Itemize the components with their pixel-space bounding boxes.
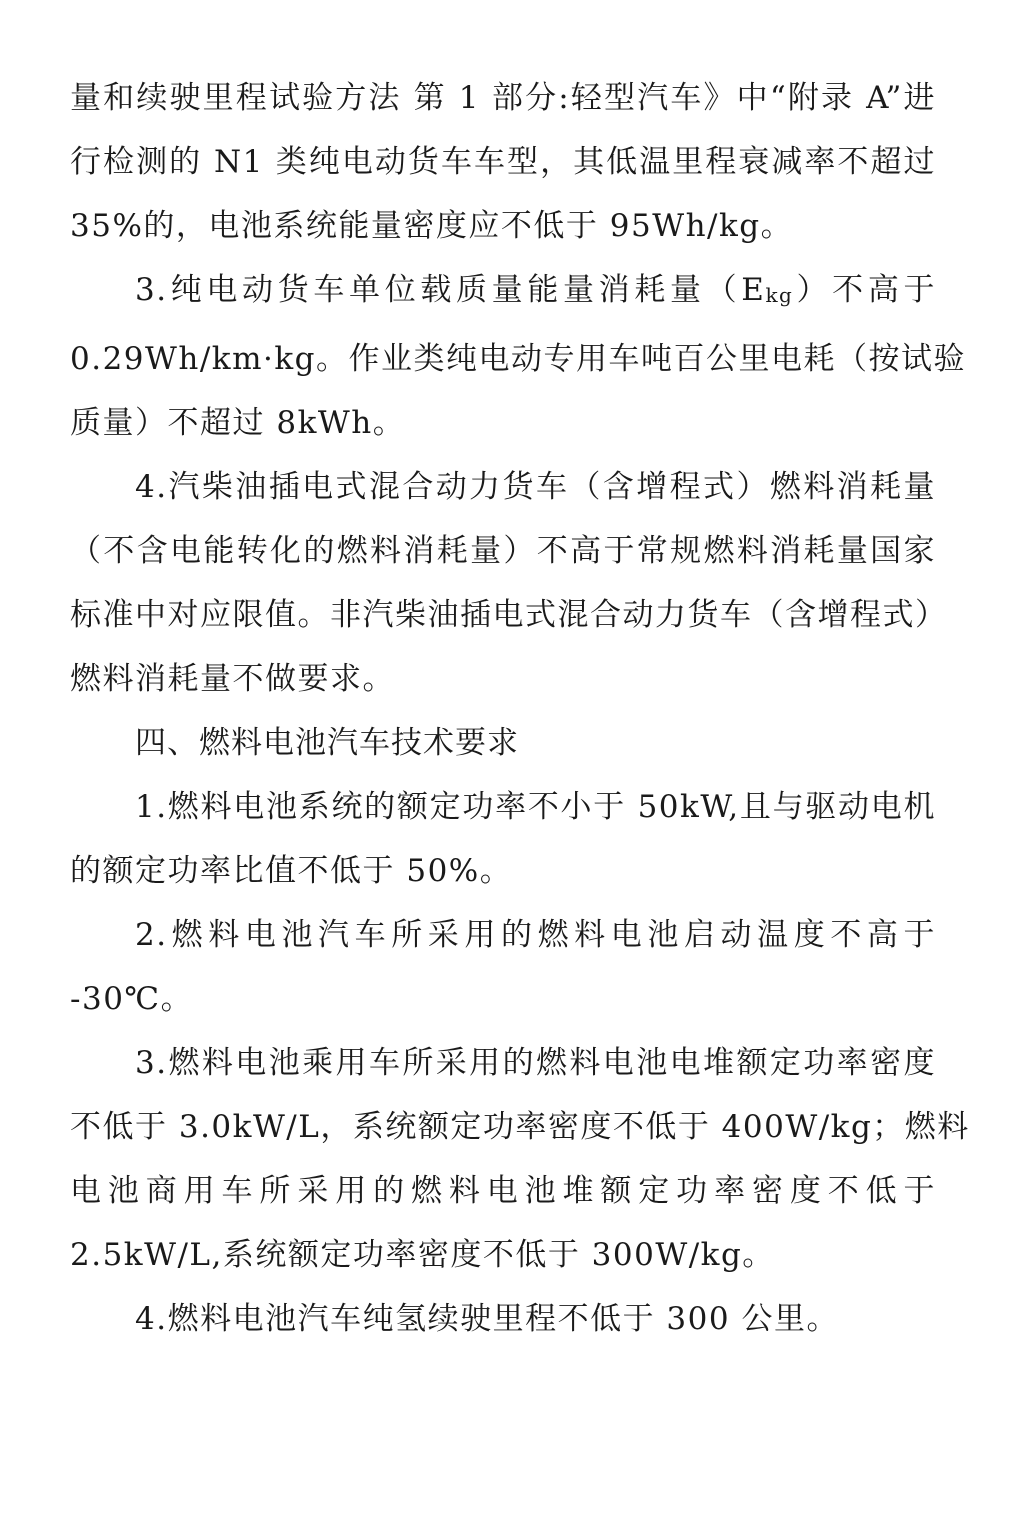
paragraph-test-method-continuation: 量和续驶里程试验方法 第 1 部分:轻型汽车》中“附录 A”进 行检测的 N1 … xyxy=(70,66,936,258)
text-line: 标准中对应限值。非汽柴油插电式混合动力货车（含增程式） xyxy=(70,583,936,647)
paragraph-item-4-hybrid-fuel: 4.汽柴油插电式混合动力货车（含增程式）燃料消耗量 （不含电能转化的燃料消耗量）… xyxy=(70,455,936,711)
paragraph-fuel-cell-item-1: 1.燃料电池系统的额定功率不小于 50kW,且与驱动电机 的额定功率比值不低于 … xyxy=(70,775,936,903)
text-line: 35%的，电池系统能量密度应不低于 95Wh/kg。 xyxy=(70,194,936,258)
text-line: 行检测的 N1 类纯电动货车车型，其低温里程衰减率不超过 xyxy=(70,130,936,194)
paragraph-fuel-cell-item-3: 3.燃料电池乘用车所采用的燃料电池电堆额定功率密度 不低于 3.0kW/L，系统… xyxy=(70,1031,936,1287)
subscript-kg: kg xyxy=(765,283,793,307)
document-page: 量和续驶里程试验方法 第 1 部分:轻型汽车》中“附录 A”进 行检测的 N1 … xyxy=(70,66,936,1351)
text-segment: ）不高于 xyxy=(793,272,936,308)
text-line: （不含电能转化的燃料消耗量）不高于常规燃料消耗量国家 xyxy=(70,519,936,583)
text-line: 质量）不超过 8kWh。 xyxy=(70,391,936,455)
text-line: 量和续驶里程试验方法 第 1 部分:轻型汽车》中“附录 A”进 xyxy=(70,66,936,130)
text-line: 3.燃料电池乘用车所采用的燃料电池电堆额定功率密度 xyxy=(70,1031,936,1095)
paragraph-fuel-cell-item-2: 2.燃料电池汽车所采用的燃料电池启动温度不高于 -30℃。 xyxy=(70,903,936,1031)
text-line: 不低于 3.0kW/L，系统额定功率密度不低于 400W/kg；燃料 xyxy=(70,1095,936,1159)
text-line: 1.燃料电池系统的额定功率不小于 50kW,且与驱动电机 xyxy=(70,775,936,839)
text-line: 4.燃料电池汽车纯氢续驶里程不低于 300 公里。 xyxy=(70,1287,936,1351)
text-line: 2.5kW/L,系统额定功率密度不低于 300W/kg。 xyxy=(70,1223,936,1287)
text-line: 2.燃料电池汽车所采用的燃料电池启动温度不高于 xyxy=(70,903,936,967)
text-segment: 3.纯电动货车单位载质量能量消耗量（E xyxy=(135,272,765,308)
text-line: 电池商用车所采用的燃料电池堆额定功率密度不低于 xyxy=(70,1159,936,1223)
text-line: 3.纯电动货车单位载质量能量消耗量（Ekg）不高于 xyxy=(70,258,936,327)
section-heading-fuel-cell: 四、燃料电池汽车技术要求 xyxy=(70,711,936,775)
text-line: -30℃。 xyxy=(70,967,936,1031)
paragraph-fuel-cell-item-4: 4.燃料电池汽车纯氢续驶里程不低于 300 公里。 xyxy=(70,1287,936,1351)
text-line: 的额定功率比值不低于 50%。 xyxy=(70,839,936,903)
text-line: 0.29Wh/km·kg。作业类纯电动专用车吨百公里电耗（按试验 xyxy=(70,327,936,391)
text-line: 4.汽柴油插电式混合动力货车（含增程式）燃料消耗量 xyxy=(70,455,936,519)
text-line: 燃料消耗量不做要求。 xyxy=(70,647,936,711)
paragraph-item-3-energy-consumption: 3.纯电动货车单位载质量能量消耗量（Ekg）不高于 0.29Wh/km·kg。作… xyxy=(70,258,936,455)
